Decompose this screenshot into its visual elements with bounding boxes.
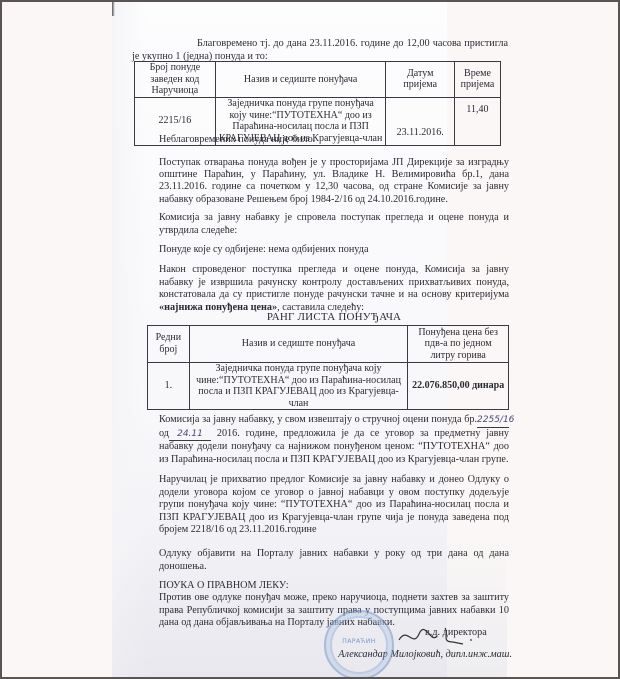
- rank-table: Редни број Назив и седиште понуђача Пону…: [147, 325, 509, 410]
- header-date: Датум пријема: [386, 62, 454, 98]
- document-frame: Благовремено тј. до дана 23.11.2016. год…: [0, 0, 620, 679]
- opening-procedure-paragraph: Поступак отварања понуда вођен је у прос…: [159, 157, 509, 206]
- stamp-text: ПАРАЋИН: [326, 638, 392, 645]
- header-rank: Редни број: [148, 326, 190, 363]
- rank-list-title: РАНГ ЛИСТА ПОНУЂАЧА: [144, 311, 524, 324]
- rejected-offers-text: Понуде које су одбијене: нема одбијених …: [159, 244, 509, 257]
- late-offers-text: Неблаговремених понуда није било.: [159, 134, 509, 147]
- report-date-handwritten: 24.11: [169, 428, 211, 442]
- rank-number: 1.: [148, 363, 190, 410]
- after-review-paragraph: Након спроведеног поступка прегледа и оц…: [159, 264, 509, 314]
- report-line1: Комисија за јавну набавку, у свом извешт…: [159, 414, 462, 425]
- header-offer-number: Број понуде заведен код Наручиоца: [135, 62, 216, 98]
- header-bidder: Назив и седиште понуђача: [215, 62, 386, 98]
- publish-paragraph: Одлуку објавити на Порталу јавних набавк…: [159, 548, 509, 573]
- intro-paragraph: Благовремено тј. до дана 23.11.2016. год…: [132, 38, 508, 63]
- commission-review-paragraph: Комисија за јавну набавку је спровела по…: [159, 212, 509, 237]
- offers-table-header: Број понуде заведен код Наручиоца Назив …: [135, 62, 501, 98]
- decision-paragraph: Наручилац је прихватио предлог Комисије …: [159, 474, 509, 537]
- report-paragraph: Комисија за јавну набавку, у свом извешт…: [159, 414, 509, 466]
- after-review-prefix: Након спроведеног поступка прегледа и оц…: [159, 264, 509, 300]
- rank-table-header: Редни број Назив и седиште понуђача Пону…: [148, 326, 509, 363]
- official-stamp: ПАРАЋИН: [324, 610, 394, 679]
- table-row: 1. Заједничка понуда групе понуђача коју…: [148, 363, 509, 410]
- page-corner-shadow: [112, 2, 115, 16]
- report-od-label: од: [159, 428, 169, 439]
- rank-price: 22.076.850,00 динара: [408, 363, 509, 410]
- report-rest: 2016. године, предложила је да се уговор…: [159, 428, 509, 465]
- header-price: Понуђена цена без пдв-а по једном литру …: [408, 326, 509, 363]
- report-number-handwritten: 2255/16: [477, 414, 509, 428]
- report-br-label: бр.: [464, 414, 477, 425]
- header-bidder: Назив и седиште понуђача: [189, 326, 408, 363]
- legal-remedy-title: ПОУКА О ПРАВНОМ ЛЕКУ:: [159, 580, 509, 593]
- rank-bidder: Заједничка понуда групе понуђача коју чи…: [189, 363, 408, 410]
- signature-scribble-icon: [397, 620, 477, 650]
- header-time: Време пријема: [454, 62, 500, 98]
